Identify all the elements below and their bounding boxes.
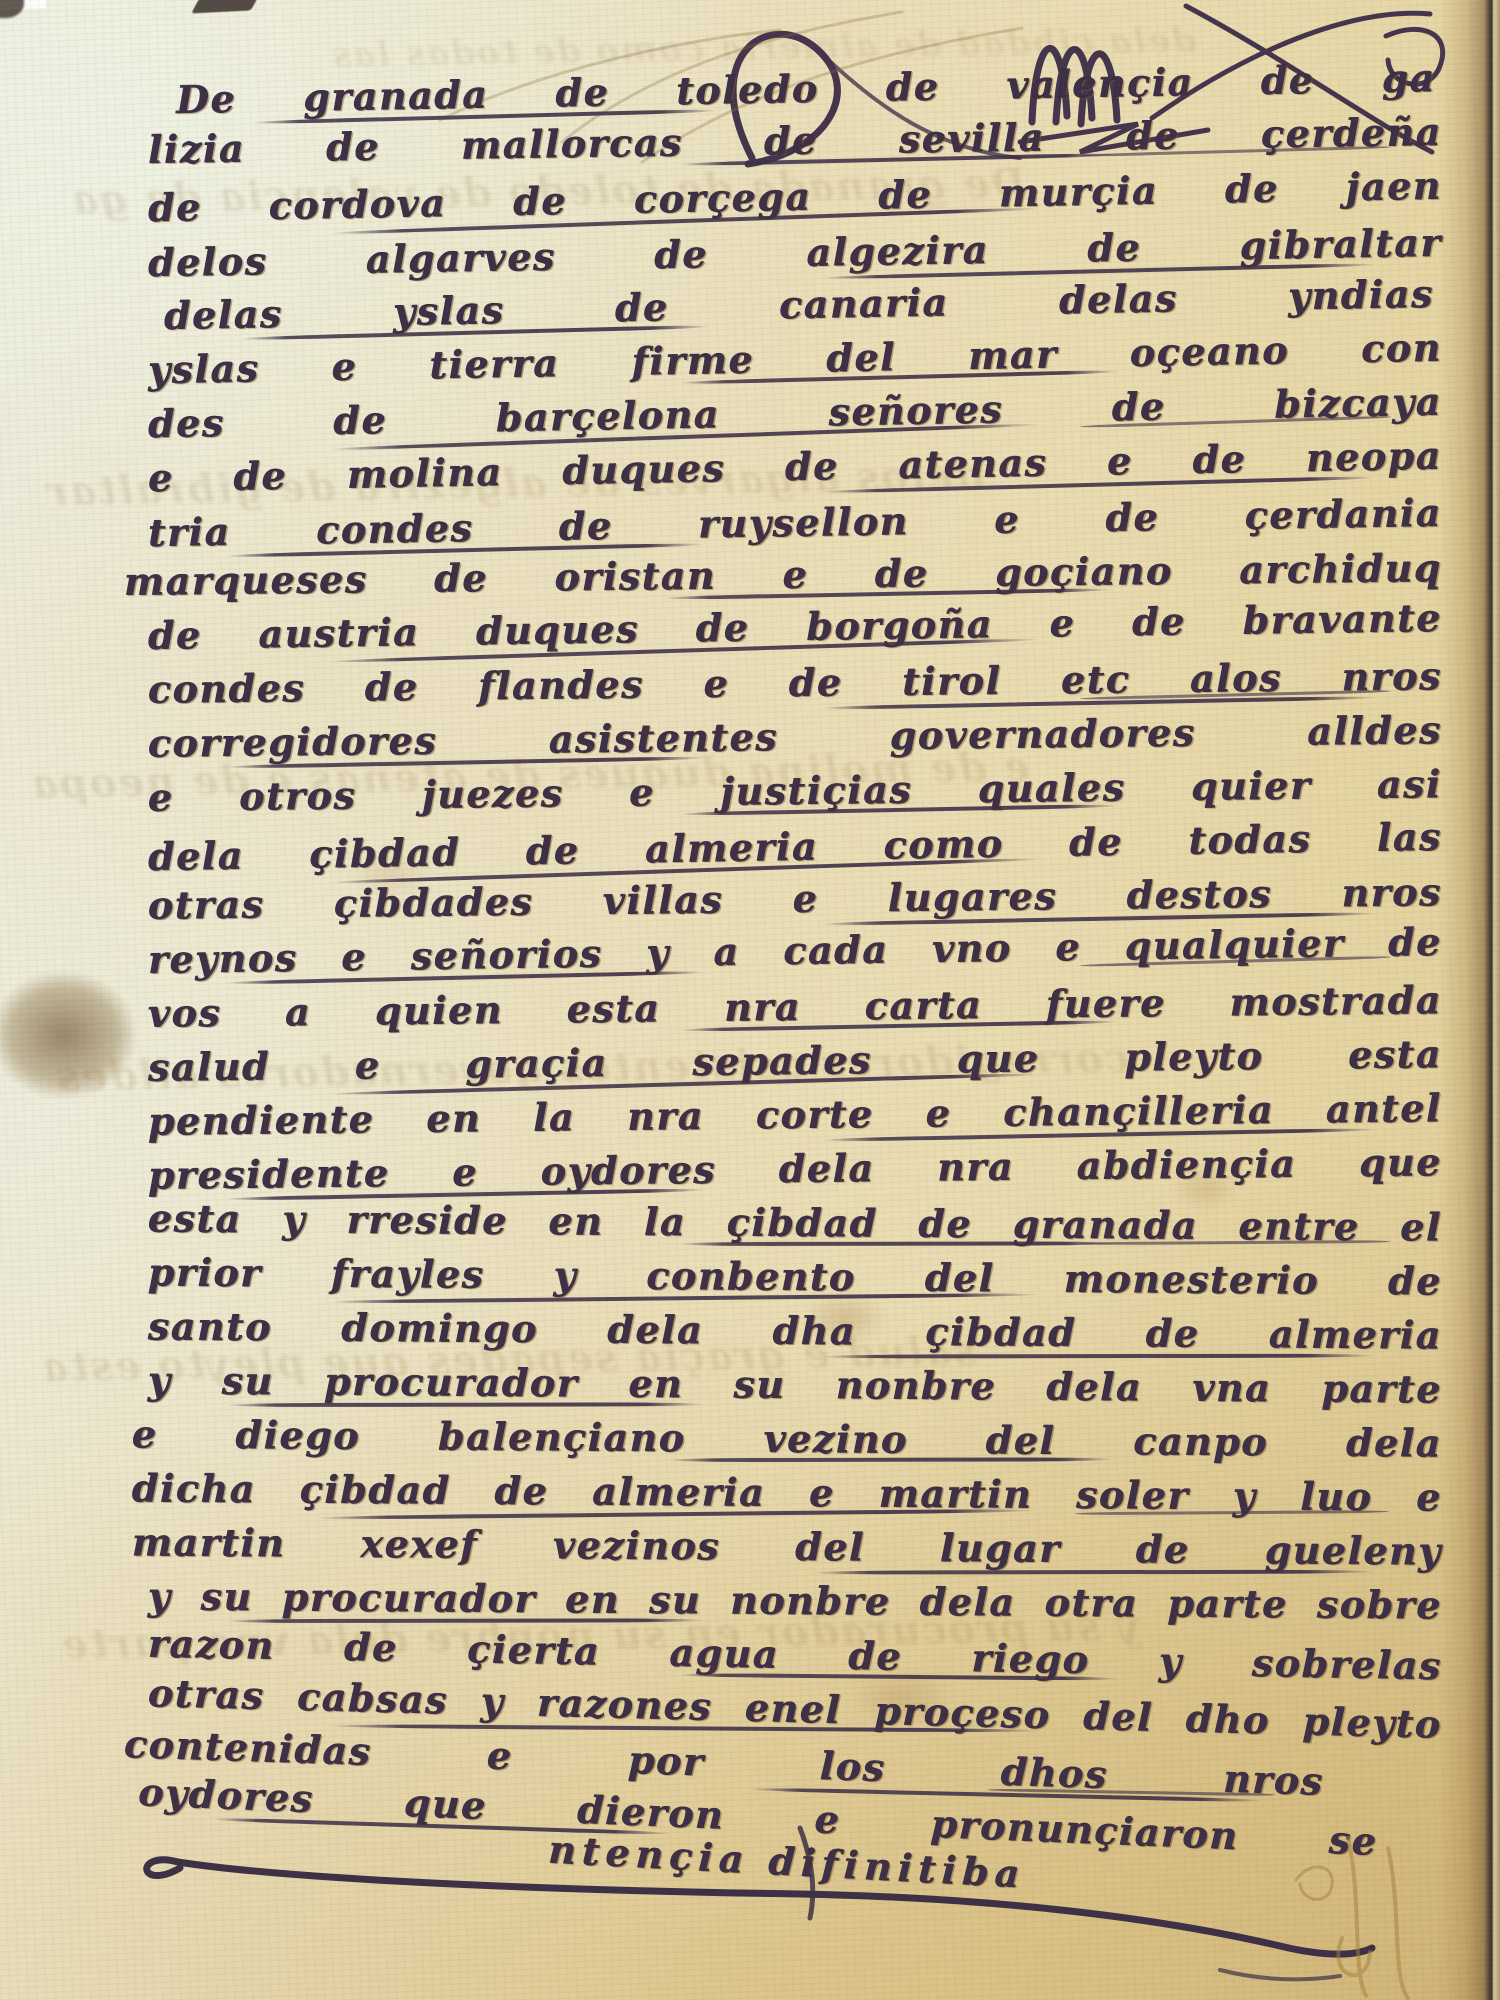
manuscript-text-block: De granada de toledo de valençia de ga l… [148,62,1442,1898]
page-corner-shadow [0,0,24,18]
manuscript-line: prior frayles y conbento del monesterio … [148,1245,1442,1308]
page-right-edge [1438,0,1500,2000]
manuscript-line: martin xexef vezinos del lugar de guelen… [132,1515,1442,1578]
manuscript-line: dicha çibdad de almeria e martin soler y… [132,1461,1442,1524]
manuscript-page: De granada de toledo de valençia de ga d… [0,0,1500,2000]
manuscript-line: e diego balençiano vezino del canpo dela [132,1407,1442,1470]
manuscript-line: y su procurador en su nonbre dela vna pa… [148,1353,1442,1416]
manuscript-line: santo domingo dela dha çibdad de almeria [148,1299,1442,1362]
manuscript-line: esta y rreside en la çibdad de granada e… [148,1191,1442,1254]
top-edge-ink-mark [191,0,259,14]
